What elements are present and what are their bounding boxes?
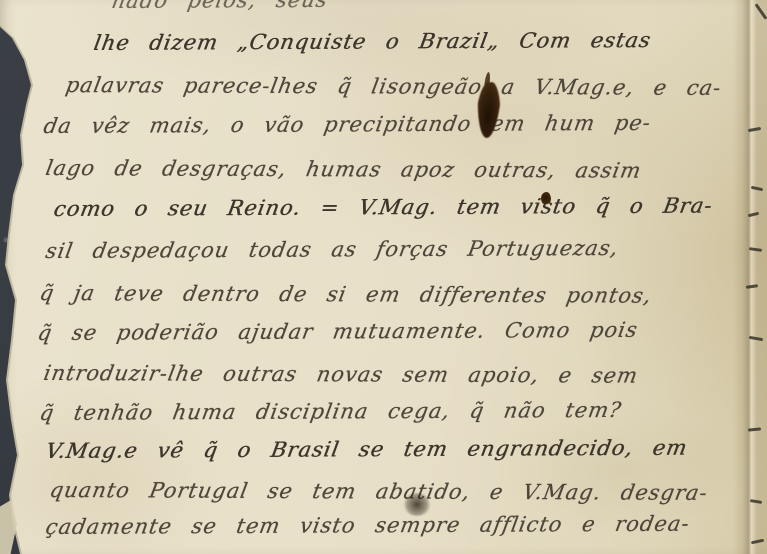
manuscript-line: lhe dizem „Conquiste o Brazil„ Com estas — [92, 27, 653, 56]
manuscript-line: da vêz mais, o vão precipitando em hum p… — [42, 110, 653, 139]
manuscript-line: quanto Portugal se tem abatido, e V.Mag.… — [48, 477, 710, 506]
manuscript-line: sil despedaçou todas as forças Portuguez… — [44, 235, 621, 264]
manuscript-line: q̃ tenhão huma disciplina cega, q̃ não t… — [38, 397, 624, 426]
manuscript-scan: nado pelos, seus , que lhe dizem „Conqui… — [0, 0, 767, 554]
handwriting-block: nado pelos, seus , que lhe dizem „Conqui… — [0, 0, 767, 554]
manuscript-line: q̃ se poderião ajudar mutuamente. Como p… — [36, 317, 640, 346]
manuscript-line: como o seu Reino. = V.Mag. tem visto q̃ … — [52, 193, 715, 222]
manuscript-line: V.Mag.e vê q̃ o Brasil se tem engrandeci… — [44, 435, 690, 464]
manuscript-line: palavras parece-lhes q̃ lisongeão a V.Ma… — [64, 72, 724, 101]
manuscript-line: nado pelos, seus , que — [110, 0, 767, 14]
manuscript-line: q̃ ja teve dentro de si em differentes p… — [38, 280, 654, 309]
ink-blot-small — [541, 192, 551, 205]
manuscript-line: lago de desgraças, humas apoz outras, as… — [44, 155, 644, 184]
ink-smudge — [403, 493, 431, 516]
manuscript-line: çadamente se tem visto sempre afflicto e… — [44, 511, 692, 540]
manuscript-line: introduzir-lhe outras novas sem apoio, e… — [42, 360, 641, 389]
